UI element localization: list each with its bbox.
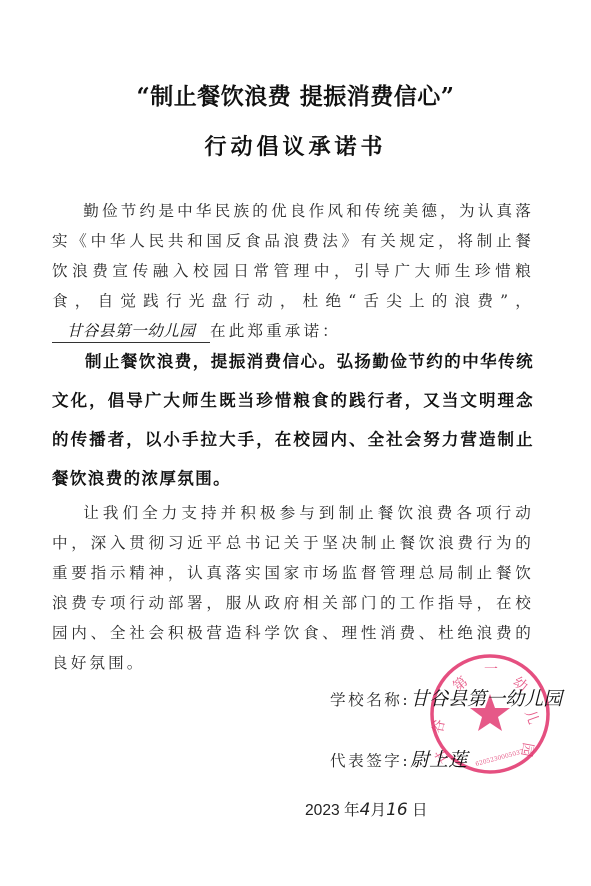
date-year-unit: 年 <box>340 802 360 819</box>
representative-signature: 尉上莲 <box>410 749 467 771</box>
title-line-1: “制止餐饮浪费 提振消费信心” <box>0 78 591 111</box>
handwritten-school-name: 甘谷县第一幼儿园 <box>52 320 210 343</box>
title-line-2: 行动倡议承诺书 <box>0 130 591 161</box>
representative-row: 代表签字:尉上莲 <box>330 745 467 772</box>
date-month-unit: 月 <box>370 802 386 819</box>
svg-text:谷: 谷 <box>430 718 448 735</box>
paragraph-2-bold: 制止餐饮浪费，提振消费信心。弘扬勤俭节约的中华传统文化，倡导广大师生既当珍惜粮食… <box>52 342 534 498</box>
school-name-handwritten: 甘谷县第一幼儿园 <box>410 688 562 710</box>
paragraph-3: 让我们全力支持并积极参与到制止餐饮浪费各项行动中，深入贯彻习近平总书记关于坚决制… <box>52 498 534 678</box>
school-name-label: 学校名称: <box>330 691 410 709</box>
school-name-row: 学校名称:甘谷县第一幼儿园 <box>330 684 562 711</box>
paragraph-1: 勤俭节约是中华民族的优良作风和传统美德，为认真落实《中华人民共和国反食品浪费法》… <box>52 196 534 346</box>
representative-label: 代表签字: <box>330 752 410 770</box>
date-month: 4 <box>360 800 371 820</box>
paragraph-1-tail: 在此郑重承诺： <box>210 322 341 340</box>
date-day-unit: 日 <box>408 802 428 819</box>
date-day: 16 <box>386 800 408 820</box>
signing-date: 2023 年4月16 日 <box>305 798 428 820</box>
svg-text:一: 一 <box>484 662 498 678</box>
date-year: 2023 <box>305 802 340 819</box>
paragraph-1-text: 勤俭节约是中华民族的优良作风和传统美德，为认真落实《中华人民共和国反食品浪费法》… <box>52 202 534 310</box>
